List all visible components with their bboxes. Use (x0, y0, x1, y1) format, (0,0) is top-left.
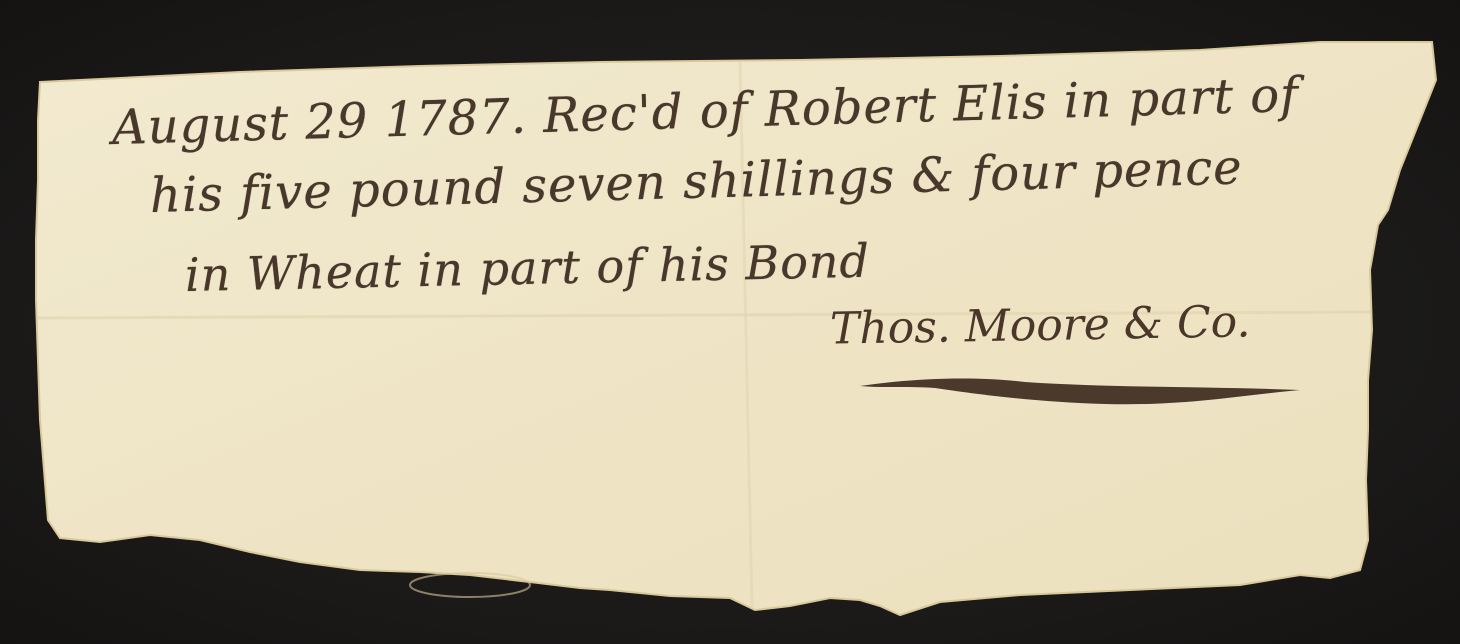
signature-flourish (855, 372, 1305, 412)
document-viewer: August 29 1787. Rec'd of Robert Elis in … (0, 0, 1460, 644)
signature: Thos. Moore & Co. (830, 296, 1251, 354)
